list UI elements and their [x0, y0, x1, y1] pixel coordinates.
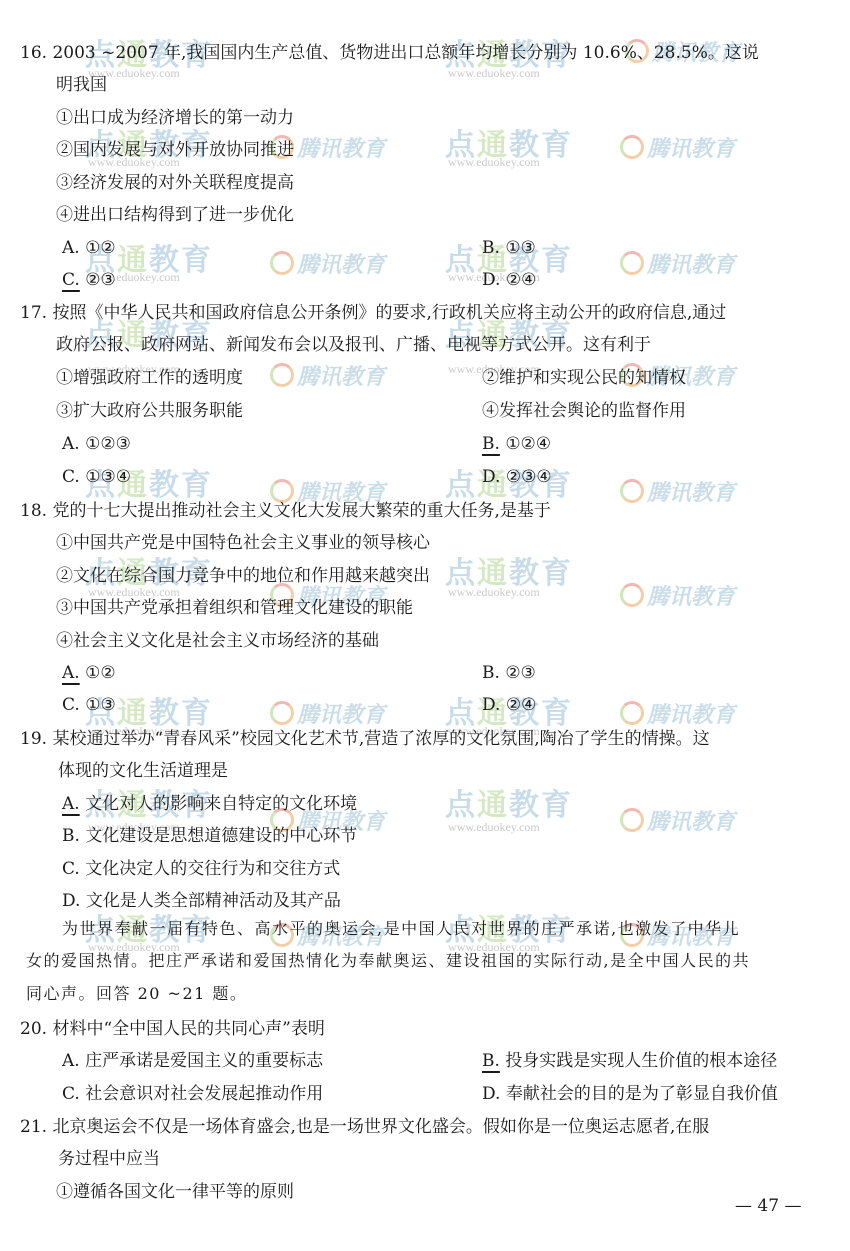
- statement: ②国内发展与对外开放协同推进: [56, 139, 294, 161]
- tencent-logo-icon: [270, 363, 294, 387]
- question-18-stem: 18. 党的十七大提出推动社会主义文化大发展大繁荣的重大任务,是基于: [20, 500, 551, 522]
- option-c-marked: C. ②③: [62, 269, 116, 291]
- material-line: 同心声。回答 20 ~21 题。: [26, 983, 247, 1005]
- question-20-stem: 20. 材料中“全中国人民的共同心声”表明: [20, 1018, 325, 1040]
- option-a-marked: A. ①②: [62, 662, 116, 684]
- statement: ③中国共产党承担着组织和管理文化建设的职能: [56, 597, 413, 619]
- statement: ①出口成为经济增长的第一动力: [56, 107, 294, 129]
- question-21-stem-cont: 务过程中应当: [58, 1148, 160, 1170]
- watermark-tencent: 腾讯教育: [620, 698, 735, 729]
- question-17-stem: 17. 按照《中华人民共和国政府信息公开条例》的要求,行政机关应将主动公开的政府…: [20, 302, 726, 324]
- option-d: D. 奉献社会的目的是为了彰显自我价值: [482, 1083, 778, 1105]
- option-b: B. ②③: [482, 662, 536, 684]
- option-b: B. ①③: [482, 237, 536, 259]
- watermark-tencent: 腾讯教育: [620, 132, 735, 163]
- option-b-marked: B. 投身实践是实现人生价值的根本途径: [482, 1050, 777, 1072]
- watermark-url: www.eduokey.com: [448, 820, 540, 835]
- option-a: A. 庄严承诺是爱国主义的重要标志: [62, 1050, 323, 1072]
- question-19-stem: 19. 某校通过举办“青春风采”校园文化艺术节,营造了浓厚的文化氛围,陶冶了学生…: [20, 728, 710, 750]
- question-16-stem: 16. 2003 ~2007 年,我国国内生产总值、货物进出口总额年均增长分别为…: [20, 42, 759, 64]
- tencent-logo-icon: [270, 251, 294, 275]
- watermark-tencent: 腾讯教育: [270, 248, 385, 279]
- material-line: 为世界奉献一届有特色、高水平的奥运会,是中国人民对世界的庄严承诺,也激发了中华儿: [62, 918, 740, 940]
- watermark-url: www.eduokey.com: [448, 155, 540, 170]
- tencent-logo-icon: [620, 479, 644, 503]
- tencent-logo-icon: [620, 135, 644, 159]
- watermark-tencent: 腾讯教育: [620, 805, 735, 836]
- option-c: C. 文化决定人的交往行为和交往方式: [62, 858, 340, 880]
- question-19-stem-cont: 体现的文化生活道理是: [58, 760, 228, 782]
- option-d: D. ②④: [482, 269, 536, 291]
- watermark-tencent: 腾讯教育: [620, 580, 735, 611]
- exam-page: 点通教育 www.eduokey.com 点通教育 www.eduokey.co…: [0, 0, 850, 1251]
- statement: ④发挥社会舆论的监督作用: [482, 400, 686, 422]
- watermark-url: www.eduokey.com: [448, 585, 540, 600]
- watermark-diantong: 点通教育: [445, 120, 573, 164]
- option-c: C. ①③: [62, 694, 116, 716]
- tencent-logo-icon: [620, 583, 644, 607]
- watermark-tencent: 腾讯教育: [270, 360, 385, 391]
- option-a: A. ①②: [62, 237, 116, 259]
- tencent-logo-icon: [620, 808, 644, 832]
- statement: ③扩大政府公共服务职能: [56, 400, 243, 422]
- watermark-diantong: 点通教育: [445, 548, 573, 592]
- option-c: C. 社会意识对社会发展起推动作用: [62, 1083, 323, 1105]
- statement: ④社会主义文化是社会主义市场经济的基础: [56, 630, 379, 652]
- watermark-diantong: 点通教育: [445, 780, 573, 824]
- statement: ②维护和实现公民的知情权: [482, 367, 686, 389]
- option-a: A. ①②③: [62, 433, 131, 455]
- statement: ①增强政府工作的透明度: [56, 367, 243, 389]
- question-17-stem-cont: 政府公报、政府网站、新闻发布会以及报刊、广播、电视等方式公开。这有利于: [56, 334, 651, 356]
- option-c: C. ①③④: [62, 466, 131, 488]
- watermark-tencent: 腾讯教育: [620, 476, 735, 507]
- option-b-marked: B. ①②④: [482, 433, 551, 455]
- material-line: 女的爱国热情。把庄严承诺和爱国热情化为奉献奥运、建设祖国的实际行动,是全中国人民…: [26, 950, 750, 972]
- tencent-logo-icon: [620, 701, 644, 725]
- tencent-logo-icon: [620, 251, 644, 275]
- option-d: D. ②④: [482, 694, 536, 716]
- statement: ①遵循各国文化一律平等的原则: [56, 1181, 294, 1203]
- statement: ③经济发展的对外关联程度提高: [56, 172, 294, 194]
- option-b: B. 文化建设是思想道德建设的中心环节: [62, 825, 357, 847]
- watermark-url: www.eduokey.com: [448, 66, 540, 81]
- watermark-tencent: 腾讯教育: [270, 698, 385, 729]
- statement: ④进出口结构得到了进一步优化: [56, 204, 294, 226]
- watermark-tencent: 腾讯教育: [620, 248, 735, 279]
- option-d: D. ②③④: [482, 466, 552, 488]
- tencent-logo-icon: [270, 701, 294, 725]
- option-a-marked: A. 文化对人的影响来自特定的文化环境: [62, 793, 357, 815]
- statement: ②文化在综合国力竞争中的地位和作用越来越突出: [56, 565, 430, 587]
- question-16-stem-cont: 明我国: [56, 74, 107, 96]
- page-number: — 47 —: [735, 1196, 801, 1216]
- question-21-stem: 21. 北京奥运会不仅是一场体育盛会,也是一场世界文化盛会。假如你是一位奥运志愿…: [20, 1116, 709, 1138]
- statement: ①中国共产党是中国特色社会主义事业的领导核心: [56, 532, 430, 554]
- option-d: D. 文化是人类全部精神活动及其产品: [62, 890, 341, 912]
